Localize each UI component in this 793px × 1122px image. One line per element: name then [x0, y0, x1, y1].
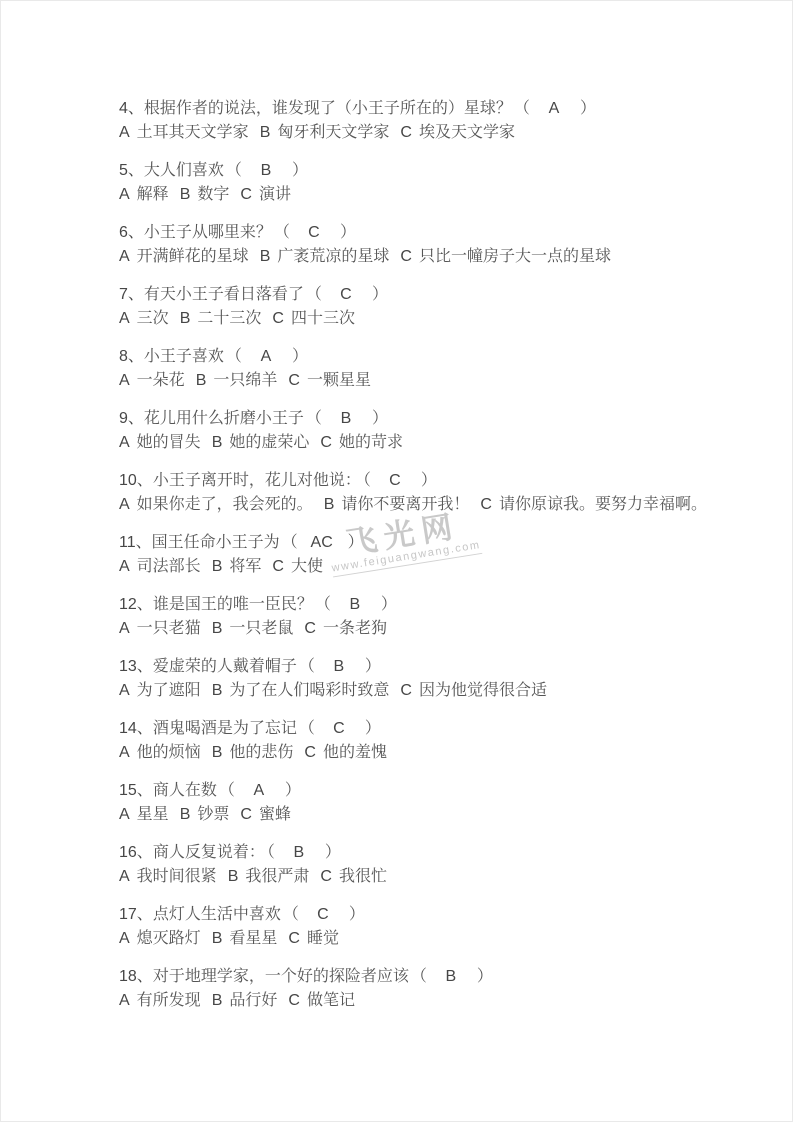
option-c-label: C [304, 620, 316, 637]
question-block: 11、国王任命小王子为（AC） A司法部长B将军C大使 [119, 531, 718, 579]
option-c-text: 因为他觉得很合适 [419, 682, 547, 699]
question-text: 商人在数 [153, 782, 217, 799]
quiz-question-list: 4、根据作者的说法，谁发现了（小王子所在的）星球？（A） A土耳其天文学家B匈牙… [119, 97, 718, 1027]
option-c: C请你原谅我。要努力幸福啊。 [480, 496, 707, 513]
question-line: 15、商人在数（A） [119, 779, 718, 803]
question-line: 17、点灯人生活中喜欢（C） [119, 903, 718, 927]
option-b: B品行好 [212, 992, 278, 1009]
question-text: 爱虚荣的人戴着帽子 [153, 658, 297, 675]
option-a: A有所发现 [119, 992, 201, 1009]
question-block: 14、酒鬼喝酒是为了忘记（C） A他的烦恼B他的悲伤C他的羞愧 [119, 717, 718, 765]
question-text: 酒鬼喝酒是为了忘记 [153, 720, 297, 737]
option-b-label: B [196, 372, 207, 389]
question-text: 大人们喜欢 [144, 162, 224, 179]
question-block: 8、小王子喜欢（A） A一朵花B一只绵羊C一颗星星 [119, 345, 718, 393]
question-number: 14、 [119, 720, 153, 737]
option-b: B看星星 [212, 930, 278, 947]
option-c-label: C [272, 558, 284, 575]
option-b-text: 数字 [197, 186, 229, 203]
options-line: A一朵花B一只绵羊C一颗星星 [119, 369, 718, 393]
question-block: 13、爱虚荣的人戴着帽子（B） A为了遮阳B为了在人们喝彩时致意C因为他觉得很合… [119, 655, 718, 703]
answer-value: B [427, 965, 475, 989]
question-number: 4、 [119, 100, 144, 117]
option-b-text: 钞票 [197, 806, 229, 823]
answer-paren-open: （ [315, 596, 331, 613]
option-c: C一条老狗 [304, 620, 387, 637]
option-a-label: A [119, 310, 130, 327]
option-b: B她的虚荣心 [212, 434, 310, 451]
question-number: 16、 [119, 844, 153, 861]
option-c-text: 一颗星星 [307, 372, 371, 389]
option-c-label: C [400, 682, 412, 699]
option-c-text: 她的苛求 [339, 434, 403, 451]
option-b: B一只老鼠 [212, 620, 294, 637]
option-b-label: B [180, 806, 191, 823]
option-a-label: A [119, 930, 130, 947]
question-text: 花儿用什么折磨小王子 [144, 410, 304, 427]
question-line: 7、有天小王子看日落看了（C） [119, 283, 718, 307]
question-block: 12、谁是国王的唯一臣民？（B） A一只老猫B一只老鼠C一条老狗 [119, 593, 718, 641]
option-b-text: 二十三次 [197, 310, 261, 327]
answer-paren-close: ） [372, 286, 388, 303]
option-a: A开满鲜花的星球 [119, 248, 249, 265]
option-a: A三次 [119, 310, 169, 327]
option-a: A司法部长 [119, 558, 201, 575]
options-line: A熄灭路灯B看星星C睡觉 [119, 927, 718, 951]
option-a-text: 一只老猫 [137, 620, 201, 637]
option-a-label: A [119, 496, 130, 513]
option-c-text: 埃及天文学家 [419, 124, 515, 141]
answer-value: C [299, 903, 347, 927]
answer-paren-close: ） [372, 410, 388, 427]
answer-paren-open: （ [274, 224, 290, 241]
question-block: 17、点灯人生活中喜欢（C） A熄灭路灯B看星星C睡觉 [119, 903, 718, 951]
answer-paren-open: （ [514, 100, 530, 117]
option-b: B为了在人们喝彩时致意 [212, 682, 390, 699]
option-b-text: 我很严肃 [245, 868, 309, 885]
options-line: A他的烦恼B他的悲伤C他的羞愧 [119, 741, 718, 765]
question-text: 商人反复说着： [153, 844, 265, 861]
option-c-label: C [400, 248, 412, 265]
option-a-label: A [119, 992, 130, 1009]
option-b-label: B [180, 186, 191, 203]
question-block: 5、大人们喜欢（B） A解释B数字C演讲 [119, 159, 718, 207]
answer-paren-close: ） [421, 472, 437, 489]
answer-paren-open: （ [306, 410, 322, 427]
answer-paren-close: ） [292, 348, 308, 365]
option-c-text: 只比一幢房子大一点的星球 [419, 248, 611, 265]
question-text: 国王任命小王子为 [152, 534, 280, 551]
question-line: 14、酒鬼喝酒是为了忘记（C） [119, 717, 718, 741]
option-a: A土耳其天文学家 [119, 124, 249, 141]
question-line: 18、对于地理学家，一个好的探险者应该（B） [119, 965, 718, 989]
options-line: A如果你走了，我会死的。B请你不要离开我！C请你原谅我。要努力幸福啊。 [119, 493, 718, 517]
option-c-text: 请你原谅我。要努力幸福啊。 [499, 496, 707, 513]
option-b-text: 他的悲伤 [229, 744, 293, 761]
option-c-label: C [240, 186, 252, 203]
question-line: 9、花儿用什么折磨小王子（B） [119, 407, 718, 431]
answer-paren-open: （ [299, 720, 315, 737]
answer-paren-open: （ [299, 658, 315, 675]
options-line: A司法部长B将军C大使 [119, 555, 718, 579]
option-a-text: 我时间很紧 [137, 868, 217, 885]
question-number: 9、 [119, 410, 144, 427]
answer-paren-open: （ [283, 906, 299, 923]
option-a-text: 她的冒失 [137, 434, 201, 451]
question-line: 16、商人反复说着：（B） [119, 841, 718, 865]
option-a-text: 土耳其天文学家 [137, 124, 249, 141]
option-a-label: A [119, 744, 130, 761]
option-c-label: C [240, 806, 252, 823]
option-a-text: 星星 [137, 806, 169, 823]
option-b: B我很严肃 [228, 868, 310, 885]
option-b-label: B [212, 558, 223, 575]
options-line: A为了遮阳B为了在人们喝彩时致意C因为他觉得很合适 [119, 679, 718, 703]
question-number: 10、 [119, 472, 153, 489]
question-number: 5、 [119, 162, 144, 179]
option-a-label: A [119, 186, 130, 203]
question-text: 谁是国王的唯一臣民？ [153, 596, 313, 613]
answer-paren-close: ） [580, 100, 596, 117]
option-a-label: A [119, 620, 130, 637]
option-c-text: 蜜蜂 [259, 806, 291, 823]
question-text: 根据作者的说法，谁发现了（小王子所在的）星球？ [144, 100, 512, 117]
answer-paren-open: （ [226, 162, 242, 179]
options-line: A一只老猫B一只老鼠C一条老狗 [119, 617, 718, 641]
option-a-text: 一朵花 [137, 372, 185, 389]
question-line: 5、大人们喜欢（B） [119, 159, 718, 183]
options-line: A三次B二十三次C四十三次 [119, 307, 718, 331]
answer-value: B [331, 593, 379, 617]
option-c: C睡觉 [288, 930, 339, 947]
answer-value: B [315, 655, 363, 679]
options-line: A星星B钞票C蜜蜂 [119, 803, 718, 827]
option-b-text: 她的虚荣心 [229, 434, 309, 451]
option-c-text: 演讲 [259, 186, 291, 203]
option-b-text: 为了在人们喝彩时致意 [229, 682, 389, 699]
option-a-text: 司法部长 [137, 558, 201, 575]
question-block: 10、小王子离开时，花儿对他说：（C） A如果你走了，我会死的。B请你不要离开我… [119, 469, 718, 517]
option-c: C四十三次 [272, 310, 355, 327]
question-line: 11、国王任命小王子为（AC） [119, 531, 718, 555]
option-c: C做笔记 [288, 992, 355, 1009]
option-a: A熄灭路灯 [119, 930, 201, 947]
option-c: C她的苛求 [320, 434, 403, 451]
option-a-text: 他的烦恼 [137, 744, 201, 761]
option-c: C蜜蜂 [240, 806, 291, 823]
question-text: 小王子离开时，花儿对他说： [153, 472, 361, 489]
answer-value: C [371, 469, 419, 493]
option-b-label: B [212, 434, 223, 451]
answer-paren-close: ） [477, 968, 493, 985]
option-c: C演讲 [240, 186, 291, 203]
option-a-label: A [119, 248, 130, 265]
option-b: B数字 [180, 186, 230, 203]
question-block: 9、花儿用什么折磨小王子（B） A她的冒失B她的虚荣心C她的苛求 [119, 407, 718, 455]
question-line: 12、谁是国王的唯一臣民？（B） [119, 593, 718, 617]
option-b-text: 看星星 [229, 930, 277, 947]
answer-paren-close: ） [325, 844, 341, 861]
answer-value: A [235, 779, 283, 803]
option-c-text: 一条老狗 [323, 620, 387, 637]
option-b-label: B [228, 868, 239, 885]
option-b-label: B [212, 620, 223, 637]
option-c-text: 我很忙 [339, 868, 387, 885]
answer-paren-open: （ [306, 286, 322, 303]
option-c-text: 大使 [291, 558, 323, 575]
option-c: C我很忙 [320, 868, 387, 885]
options-line: A有所发现B品行好C做笔记 [119, 989, 718, 1013]
option-c-text: 睡觉 [307, 930, 339, 947]
option-b: B一只绵羊 [196, 372, 278, 389]
option-a-text: 三次 [137, 310, 169, 327]
answer-value: A [242, 345, 290, 369]
option-c-label: C [400, 124, 412, 141]
option-b-label: B [212, 992, 223, 1009]
options-line: A土耳其天文学家B匈牙利天文学家C埃及天文学家 [119, 121, 718, 145]
answer-value: C [290, 221, 338, 245]
question-block: 16、商人反复说着：（B） A我时间很紧B我很严肃C我很忙 [119, 841, 718, 889]
option-b-text: 匈牙利天文学家 [277, 124, 389, 141]
option-c-label: C [304, 744, 316, 761]
answer-paren-close: ） [340, 224, 356, 241]
question-number: 6、 [119, 224, 144, 241]
answer-value: B [322, 407, 370, 431]
option-c: C大使 [272, 558, 323, 575]
option-b-text: 一只绵羊 [213, 372, 277, 389]
document-page: 4、根据作者的说法，谁发现了（小王子所在的）星球？（A） A土耳其天文学家B匈牙… [0, 0, 793, 1122]
answer-paren-open: （ [411, 968, 427, 985]
option-b: B将军 [212, 558, 262, 575]
option-c-label: C [320, 868, 332, 885]
option-a: A为了遮阳 [119, 682, 201, 699]
answer-paren-close: ） [365, 720, 381, 737]
option-b-label: B [212, 744, 223, 761]
answer-paren-close: ） [349, 906, 365, 923]
option-c-text: 四十三次 [291, 310, 355, 327]
question-line: 4、根据作者的说法，谁发现了（小王子所在的）星球？（A） [119, 97, 718, 121]
answer-paren-close: ） [381, 596, 397, 613]
question-block: 15、商人在数（A） A星星B钞票C蜜蜂 [119, 779, 718, 827]
option-b: B钞票 [180, 806, 230, 823]
option-c: C只比一幢房子大一点的星球 [400, 248, 611, 265]
option-a-label: A [119, 558, 130, 575]
option-b-label: B [180, 310, 191, 327]
question-text: 对于地理学家，一个好的探险者应该 [153, 968, 409, 985]
option-b-text: 品行好 [229, 992, 277, 1009]
question-line: 13、爱虚荣的人戴着帽子（B） [119, 655, 718, 679]
option-a: A一朵花 [119, 372, 185, 389]
answer-paren-open: （ [219, 782, 235, 799]
answer-paren-close: ） [292, 162, 308, 179]
option-c-text: 他的羞愧 [323, 744, 387, 761]
option-c-label: C [288, 992, 300, 1009]
answer-paren-close: ） [285, 782, 301, 799]
option-a-text: 有所发现 [137, 992, 201, 1009]
answer-paren-close: ） [348, 534, 364, 551]
option-b-text: 将军 [229, 558, 261, 575]
question-number: 13、 [119, 658, 153, 675]
option-a: A我时间很紧 [119, 868, 217, 885]
options-line: A她的冒失B她的虚荣心C她的苛求 [119, 431, 718, 455]
option-c-label: C [288, 930, 300, 947]
answer-paren-open: （ [282, 534, 298, 551]
option-b-text: 广袤荒凉的星球 [277, 248, 389, 265]
option-b: B广袤荒凉的星球 [260, 248, 390, 265]
option-b-label: B [212, 682, 223, 699]
option-c-label: C [320, 434, 332, 451]
option-b-label: B [212, 930, 223, 947]
answer-value: C [322, 283, 370, 307]
option-a: A她的冒失 [119, 434, 201, 451]
option-c: C埃及天文学家 [400, 124, 515, 141]
option-c-label: C [288, 372, 300, 389]
question-block: 18、对于地理学家，一个好的探险者应该（B） A有所发现B品行好C做笔记 [119, 965, 718, 1013]
question-text: 点灯人生活中喜欢 [153, 906, 281, 923]
question-block: 7、有天小王子看日落看了（C） A三次B二十三次C四十三次 [119, 283, 718, 331]
option-c-label: C [272, 310, 284, 327]
question-text: 小王子从哪里来？ [144, 224, 272, 241]
options-line: A我时间很紧B我很严肃C我很忙 [119, 865, 718, 889]
options-line: A解释B数字C演讲 [119, 183, 718, 207]
option-b: B他的悲伤 [212, 744, 294, 761]
option-b-label: B [260, 248, 271, 265]
question-line: 8、小王子喜欢（A） [119, 345, 718, 369]
option-c: C因为他觉得很合适 [400, 682, 547, 699]
option-a-label: A [119, 372, 130, 389]
answer-value: B [242, 159, 290, 183]
question-number: 8、 [119, 348, 144, 365]
option-a-label: A [119, 682, 130, 699]
option-b-text: 一只老鼠 [229, 620, 293, 637]
question-number: 12、 [119, 596, 153, 613]
question-number: 7、 [119, 286, 144, 303]
question-line: 10、小王子离开时，花儿对他说：（C） [119, 469, 718, 493]
option-a-label: A [119, 434, 130, 451]
answer-value: C [315, 717, 363, 741]
option-c: C一颗星星 [288, 372, 371, 389]
option-c: C他的羞愧 [304, 744, 387, 761]
option-a: A解释 [119, 186, 169, 203]
answer-paren-open: （ [226, 348, 242, 365]
option-a-label: A [119, 124, 130, 141]
option-a-text: 熄灭路灯 [137, 930, 201, 947]
question-text: 小王子喜欢 [144, 348, 224, 365]
option-b-text: 请你不要离开我！ [341, 496, 469, 513]
option-c-text: 做笔记 [307, 992, 355, 1009]
answer-paren-open: （ [267, 844, 275, 861]
options-line: A开满鲜花的星球B广袤荒凉的星球C只比一幢房子大一点的星球 [119, 245, 718, 269]
option-b: B二十三次 [180, 310, 262, 327]
answer-value: A [530, 97, 578, 121]
option-a-label: A [119, 868, 130, 885]
option-a-text: 如果你走了，我会死的。 [137, 496, 313, 513]
question-block: 6、小王子从哪里来？（C） A开满鲜花的星球B广袤荒凉的星球C只比一幢房子大一点… [119, 221, 718, 269]
option-a-text: 开满鲜花的星球 [137, 248, 249, 265]
answer-paren-close: ） [365, 658, 381, 675]
option-c-label: C [480, 496, 492, 513]
option-b: B请你不要离开我！ [324, 496, 470, 513]
question-number: 18、 [119, 968, 153, 985]
answer-value: B [275, 841, 323, 865]
question-number: 15、 [119, 782, 153, 799]
question-number: 17、 [119, 906, 153, 923]
answer-value: AC [298, 531, 346, 555]
option-a-text: 为了遮阳 [137, 682, 201, 699]
answer-paren-open: （ [363, 472, 371, 489]
option-a-text: 解释 [137, 186, 169, 203]
option-a: A如果你走了，我会死的。 [119, 496, 313, 513]
question-block: 4、根据作者的说法，谁发现了（小王子所在的）星球？（A） A土耳其天文学家B匈牙… [119, 97, 718, 145]
option-a: A星星 [119, 806, 169, 823]
option-a-label: A [119, 806, 130, 823]
option-b-label: B [324, 496, 335, 513]
option-b-label: B [260, 124, 271, 141]
option-a: A他的烦恼 [119, 744, 201, 761]
question-text: 有天小王子看日落看了 [144, 286, 304, 303]
option-b: B匈牙利天文学家 [260, 124, 390, 141]
option-a: A一只老猫 [119, 620, 201, 637]
question-number: 11、 [119, 534, 152, 551]
question-line: 6、小王子从哪里来？（C） [119, 221, 718, 245]
